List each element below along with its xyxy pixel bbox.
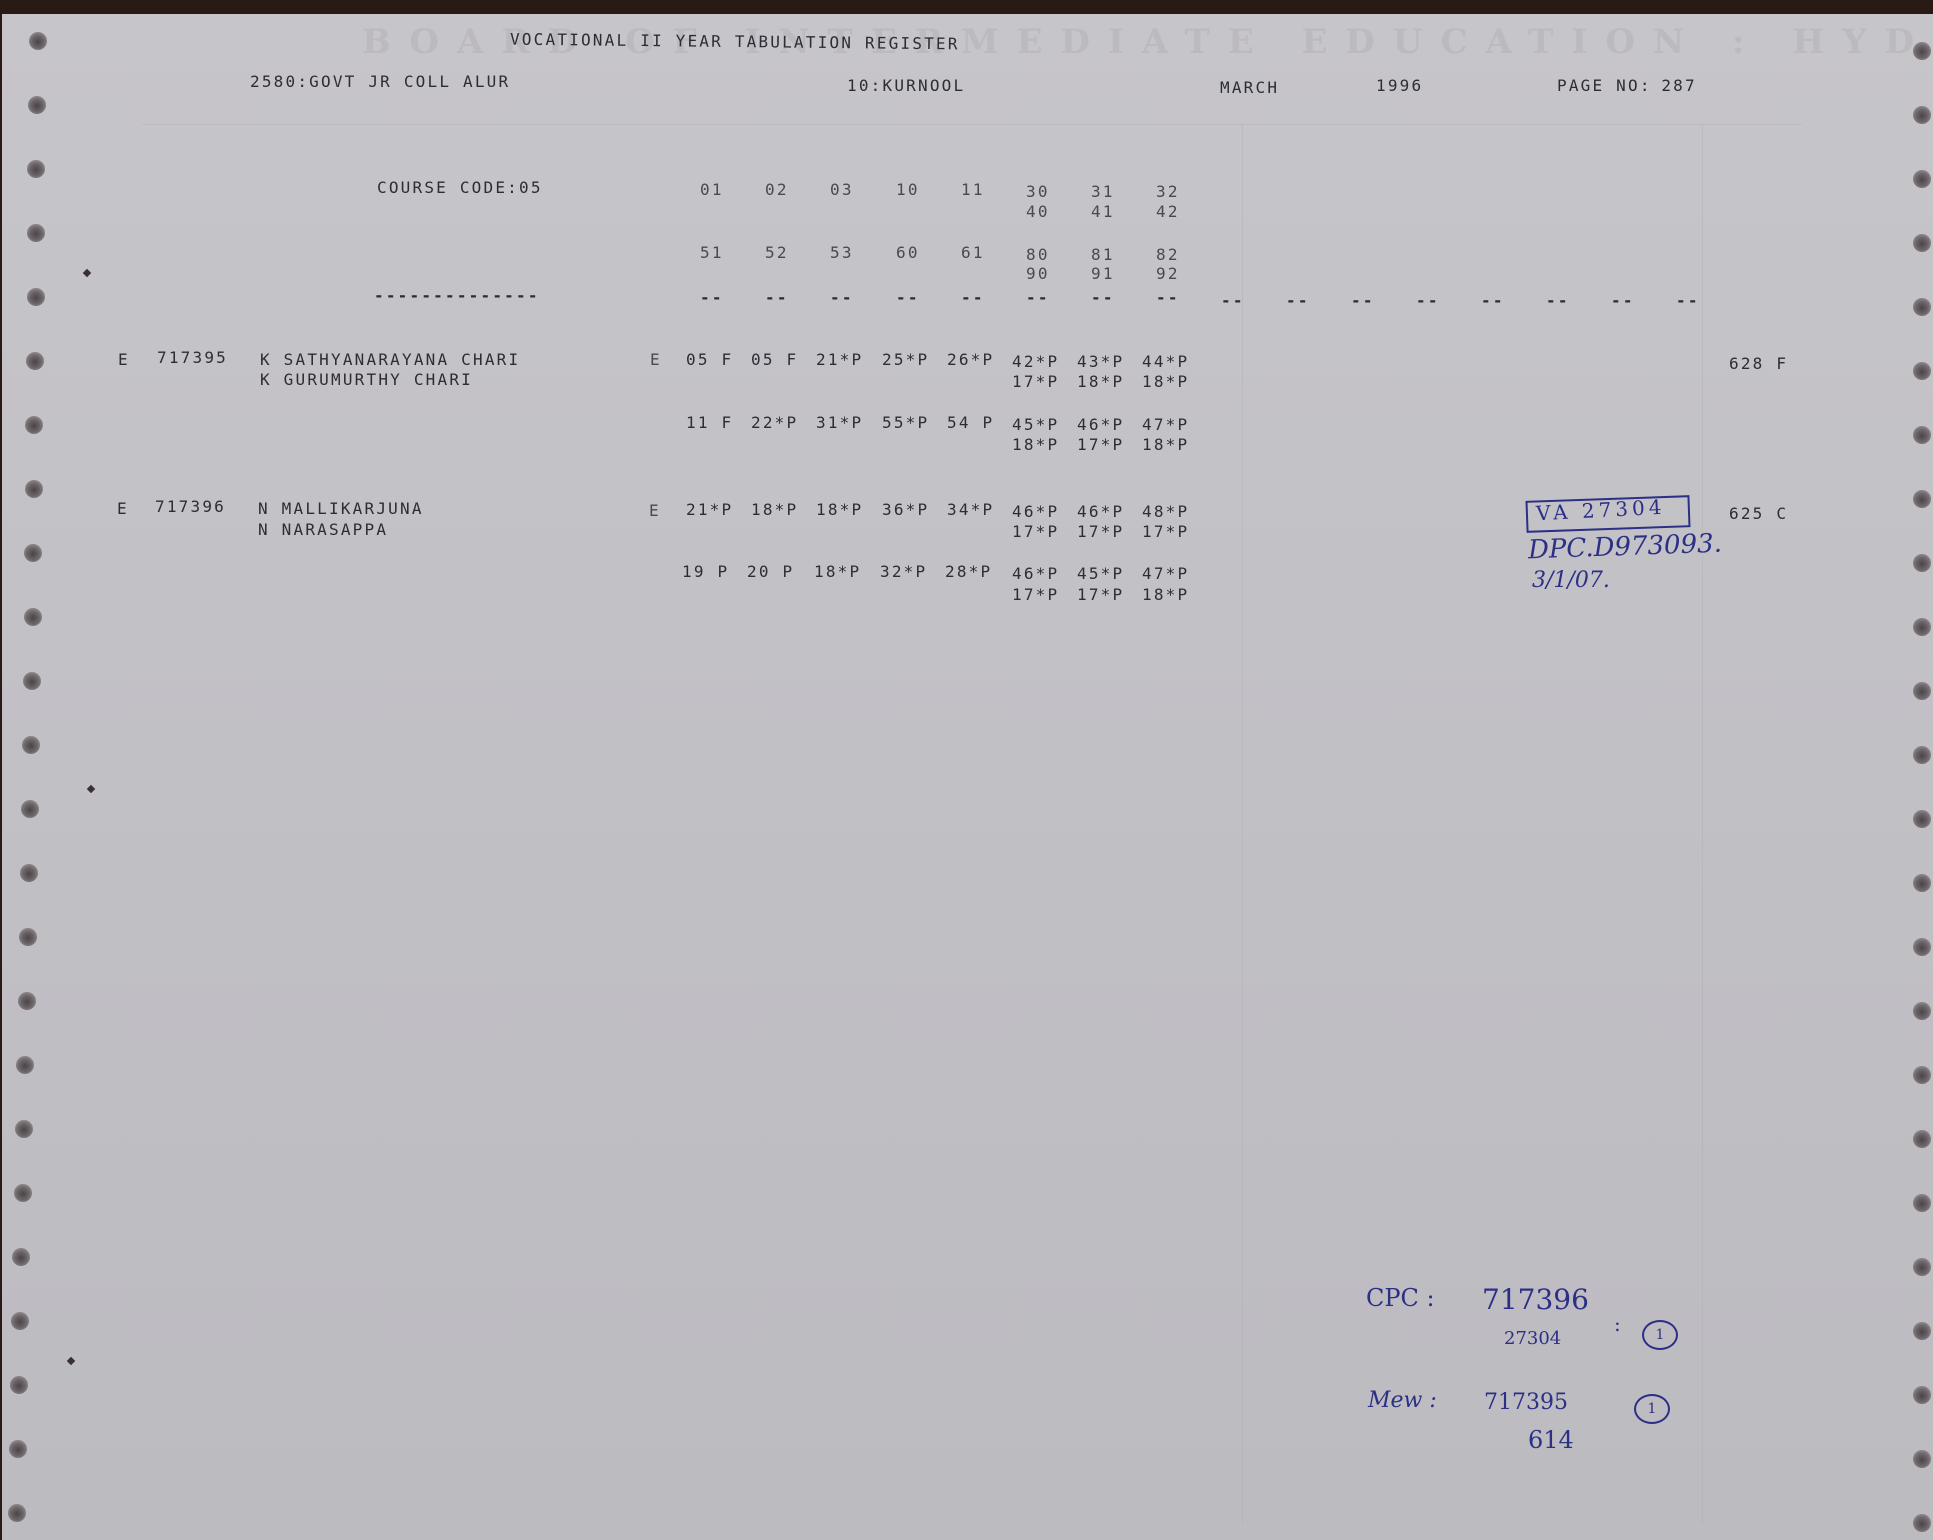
punch-mark [87,785,95,793]
sprocket-hole [25,416,43,434]
handwritten-va-number: VA 27304 [1536,497,1666,524]
subject-code: 32 [1156,184,1180,200]
sprocket-hole [25,480,43,498]
sprocket-hole [15,1120,33,1138]
subject-code: 10 [896,182,920,198]
subject-code: 41 [1091,204,1115,220]
handwritten-date-note: 3/1/07. [1532,570,1610,592]
mark-cell: 17*P [1012,587,1059,603]
sprocket-hole [1913,1194,1931,1212]
sprocket-hole [1913,362,1931,380]
sprocket-hole [29,32,47,50]
sprocket-hole [1913,682,1931,700]
sprocket-hole [1913,1258,1931,1276]
sprocket-hole [10,1376,28,1394]
subject-code: 40 [1026,204,1050,220]
mark-cell: 18*P [816,502,863,518]
district-name: 10:KURNOOL [847,78,965,94]
dash-cell: -- [1611,293,1635,309]
subject-code: 30 [1026,184,1050,200]
total-result: 628 F [1729,356,1788,372]
sprocket-hole [1913,1386,1931,1404]
sprocket-hole [14,1184,32,1202]
handwritten-mew-label: Mew : [1368,1390,1437,1412]
sprocket-hole [19,928,37,946]
mark-cell: 05 F [751,352,798,368]
sprocket-hole [8,1504,26,1522]
dash-cell: -- [896,290,920,306]
subject-code: 42 [1156,204,1180,220]
sprocket-hole [12,1248,30,1266]
mark-cell: 18*P [1142,374,1189,390]
student-name: N MALLIKARJUNA [258,501,424,517]
sprocket-hole [1913,810,1931,828]
subject-code: 53 [830,245,854,261]
mark-cell: 18*P [1012,437,1059,453]
subject-code: 90 [1026,266,1050,282]
handwritten-circled-count: 1 [1634,1394,1670,1424]
subject-code: 01 [700,182,724,198]
page-number-group: PAGE NO: 287 [1557,76,1697,95]
course-code-underline: -------------- [374,288,540,304]
handwritten-mew-number: 717395 [1484,1392,1568,1414]
sprocket-hole [1913,490,1931,508]
dash-cell: -- [765,290,789,306]
dash-cell: -- [961,290,985,306]
total-result: 625 C [1729,506,1788,522]
mark-cell: 18*P [1142,437,1189,453]
subject-code: 11 [961,182,985,198]
mark-cell: 44*P [1142,354,1189,370]
sprocket-hole [1913,1002,1931,1020]
mark-cell: 17*P [1012,524,1059,540]
subject-code: 60 [896,245,920,261]
mark-cell: 32*P [880,564,927,580]
subject-code: 82 [1156,247,1180,263]
mark-cell: 45*P [1012,417,1059,433]
sprocket-hole [1913,874,1931,892]
mark-cell: 46*P [1077,417,1124,433]
sprocket-hole [1913,170,1931,188]
mark-cell: 19 P [682,564,729,580]
exam-month: MARCH [1220,80,1279,96]
handwritten-circled-count: 1 [1642,1320,1678,1350]
subject-code: 80 [1026,247,1050,263]
sprocket-hole [18,992,36,1010]
roll-number: 717396 [155,499,226,515]
mark-cell: 48*P [1142,504,1189,520]
faint-rule [142,124,1802,125]
dash-cell: -- [1351,293,1375,309]
mark-cell: 20 P [747,564,794,580]
subject-code: 91 [1091,266,1115,282]
college-name: 2580:GOVT JR COLL ALUR [250,74,510,90]
roll-number: 717395 [157,350,228,366]
mark-cell: 11 F [686,415,733,431]
subject-code: 02 [765,182,789,198]
mark-cell: 17*P [1077,587,1124,603]
sprocket-hole [11,1312,29,1330]
sprocket-hole [27,288,45,306]
sprocket-hole [1913,746,1931,764]
dash-cell: -- [830,290,854,306]
sprocket-hole [1913,1450,1931,1468]
sprocket-hole [1913,1130,1931,1148]
sprocket-hole [27,224,45,242]
mark-cell: 28*P [945,564,992,580]
sprocket-hole [1913,298,1931,316]
father-name: N NARASAPPA [258,522,388,538]
faint-rule [1702,124,1703,1524]
sprocket-hole [23,672,41,690]
sprocket-hole [9,1440,27,1458]
sprocket-hole [1913,426,1931,444]
mark-cell: 54 P [947,415,994,431]
mark-cell: 22*P [751,415,798,431]
register-title: VOCATIONAL II YEAR TABULATION REGISTER [510,32,960,53]
dash-cell: -- [1416,293,1440,309]
mark-cell: 26*P [947,352,994,368]
mark-cell: 17*P [1142,524,1189,540]
subject-code: 92 [1156,266,1180,282]
handwritten-cpc-number: 717396 [1482,1286,1589,1314]
mark-cell: 18*P [751,502,798,518]
medium: E [650,352,662,368]
dash-cell: -- [700,290,724,306]
subject-code: 61 [961,245,985,261]
page-label: PAGE NO: [1557,76,1652,95]
sprocket-hole [1913,106,1931,124]
mark-cell: 46*P [1077,504,1124,520]
mark-cell: 18*P [1077,374,1124,390]
handwritten-mew-sub: 614 [1528,1428,1574,1452]
handwritten-cpc-sub: 27304 [1504,1330,1561,1348]
sprocket-hole [1913,618,1931,636]
mark-cell: 31*P [816,415,863,431]
mark-cell: 46*P [1012,566,1059,582]
sprocket-hole [1913,554,1931,572]
dash-cell: -- [1156,290,1180,306]
mark-cell: 46*P [1012,504,1059,520]
sprocket-hole [1913,1322,1931,1340]
faint-rule [1242,124,1243,1524]
subject-code: 03 [830,182,854,198]
sprocket-hole [20,864,38,882]
sprocket-hole [1913,938,1931,956]
sprocket-hole [1913,1066,1931,1084]
mark-cell: 21*P [816,352,863,368]
register-sheet: BOARD OF INTERMEDIATE EDUCATION : HYDERA… [2,14,1933,1540]
sprocket-hole [28,96,46,114]
subject-code: 51 [700,245,724,261]
sprocket-hole [16,1056,34,1074]
mark-cell: 34*P [947,502,994,518]
handwritten-equals: : [1614,1314,1621,1334]
mark-cell: 45*P [1077,566,1124,582]
record-status: E [117,501,129,517]
father-name: K GURUMURTHY CHARI [260,372,473,388]
mark-cell: 17*P [1012,374,1059,390]
mark-cell: 25*P [882,352,929,368]
mark-cell: 43*P [1077,354,1124,370]
sprocket-hole [24,544,42,562]
mark-cell: 05 F [686,352,733,368]
punch-mark [83,269,91,277]
mark-cell: 17*P [1077,437,1124,453]
mark-cell: 42*P [1012,354,1059,370]
course-code: COURSE CODE:05 [377,180,543,196]
handwritten-cpc-label: CPC : [1366,1286,1435,1310]
mark-cell: 47*P [1142,417,1189,433]
sprocket-hole [21,800,39,818]
subject-code: 81 [1091,247,1115,263]
mark-cell: 21*P [686,502,733,518]
medium: E [649,503,661,519]
sprocket-hole [1913,42,1931,60]
dash-cell: -- [1481,293,1505,309]
dash-cell: -- [1221,293,1245,309]
sprocket-hole [27,160,45,178]
sprocket-hole [1913,234,1931,252]
dash-cell: -- [1026,290,1050,306]
mark-cell: 55*P [882,415,929,431]
exam-year: 1996 [1376,78,1423,94]
dash-cell: -- [1091,290,1115,306]
sprocket-hole [1913,1514,1931,1532]
page-number: 287 [1661,76,1697,95]
mark-cell: 36*P [882,502,929,518]
student-name: K SATHYANARAYANA CHARI [260,352,520,368]
punch-mark [67,1357,75,1365]
mark-cell: 47*P [1142,566,1189,582]
dash-cell: -- [1546,293,1570,309]
sprocket-hole [22,736,40,754]
handwritten-dpc-note: DPC.D973093. [1528,531,1723,564]
sprocket-hole [24,608,42,626]
dash-cell: -- [1676,293,1700,309]
record-status: E [118,352,130,368]
mark-cell: 18*P [814,564,861,580]
subject-code: 52 [765,245,789,261]
subject-code: 31 [1091,184,1115,200]
sprocket-hole [26,352,44,370]
mark-cell: 18*P [1142,587,1189,603]
mark-cell: 17*P [1077,524,1124,540]
dash-cell: -- [1286,293,1310,309]
